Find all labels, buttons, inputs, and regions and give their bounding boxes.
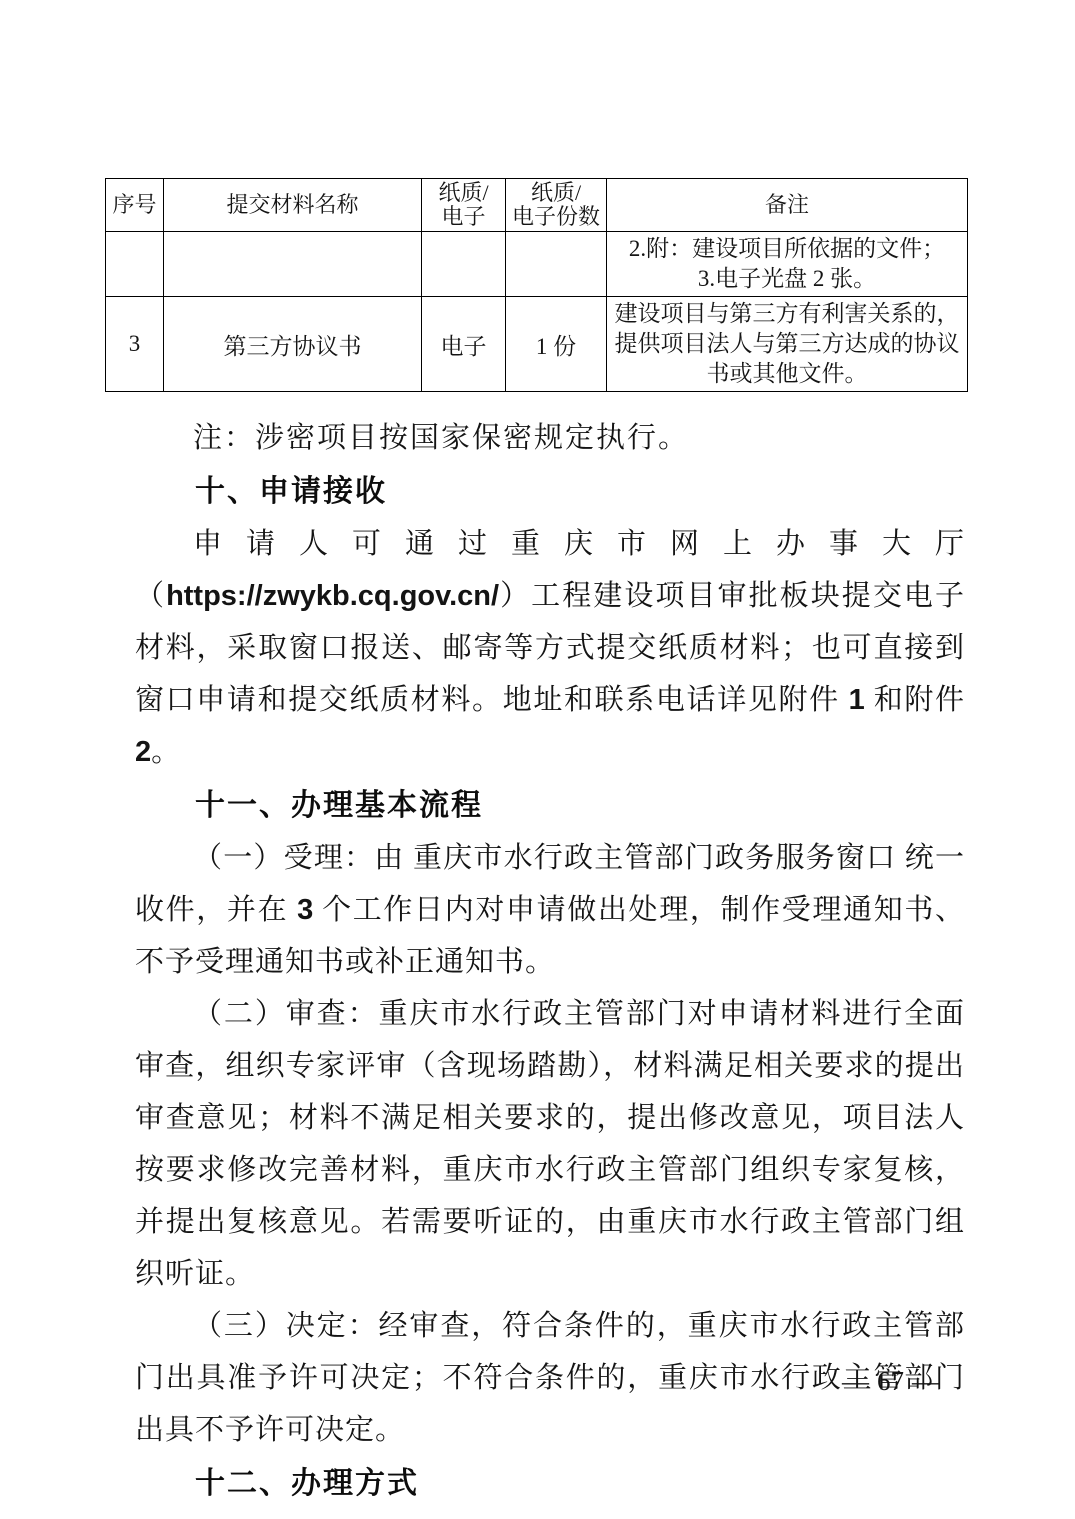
materials-table: 序号 提交材料名称 纸质/ 电子 纸质/ 电子份数 备注 [105, 178, 968, 392]
working-days-number: 3 [297, 894, 313, 926]
attachment-number: 1 [849, 684, 865, 716]
text-segment: 。 [151, 736, 181, 768]
header-copies-line2: 电子份数 [510, 205, 602, 229]
page-number-value: 67 [877, 1366, 904, 1396]
table-row: 3 第三方协议书 电子 1 份 建设项目与第三方有利害关系的，提供项目法人与第三… [106, 297, 968, 392]
document-page: 序号 提交材料名称 纸质/ 电子 纸质/ 电子份数 备注 [0, 0, 1075, 1519]
remark-line: 3.电子光盘 2 张。 [611, 264, 963, 294]
heading-section-11: 十一、办理基本流程 [135, 780, 965, 832]
cell-seq: 3 [106, 297, 164, 392]
document-body: 注：涉密项目按国家保密规定执行。 十、申请接收 申请人可通过重庆市网上办事大厅（… [135, 412, 965, 1510]
header-cell-material-name: 提交材料名称 [164, 179, 422, 232]
cell-copies [506, 232, 607, 297]
paragraph-application-receipt: 申请人可通过重庆市网上办事大厅（https://zwykb.cq.gov.cn/… [135, 518, 965, 778]
table-header-row: 序号 提交材料名称 纸质/ 电子 纸质/ 电子份数 备注 [106, 179, 968, 232]
portal-url: https://zwykb.cq.gov.cn/ [166, 580, 499, 612]
header-copies-line1: 纸质/ [510, 181, 602, 205]
cell-medium [422, 232, 506, 297]
page-number: —67— [834, 1366, 947, 1397]
text-segment: 和附件 [865, 684, 965, 716]
cell-seq [106, 232, 164, 297]
header-medium-line1: 纸质/ [426, 181, 501, 205]
header-cell-copies: 纸质/ 电子份数 [506, 179, 607, 232]
cell-material-name [164, 232, 422, 297]
page-number-dash-left: — [834, 1366, 877, 1396]
page-number-dash-right: — [904, 1366, 947, 1396]
note-line: 注：涉密项目按国家保密规定执行。 [135, 412, 965, 464]
paragraph-acceptance: （一）受理：由 重庆市水行政主管部门政务服务窗口 统一收件，并在 3 个工作日内… [135, 832, 965, 988]
cell-medium: 电子 [422, 297, 506, 392]
paragraph-review: （二）审查：重庆市水行政主管部门对申请材料进行全面审查，组织专家评审（含现场踏勘… [135, 988, 965, 1300]
attachment-number: 2 [135, 736, 151, 768]
header-cell-remark: 备注 [607, 179, 968, 232]
cell-remark: 2.附：建设项目所依据的文件； 3.电子光盘 2 张。 [607, 232, 968, 297]
cell-material-name: 第三方协议书 [164, 297, 422, 392]
cell-remark: 建设项目与第三方有利害关系的，提供项目法人与第三方达成的协议书或其他文件。 [607, 297, 968, 392]
header-cell-seq: 序号 [106, 179, 164, 232]
remark-line: 2.附：建设项目所依据的文件； [611, 234, 963, 264]
header-medium-line2: 电子 [426, 205, 501, 229]
heading-section-12: 十二、办理方式 [135, 1458, 965, 1510]
table-row: 2.附：建设项目所依据的文件； 3.电子光盘 2 张。 [106, 232, 968, 297]
header-cell-medium: 纸质/ 电子 [422, 179, 506, 232]
heading-section-10: 十、申请接收 [135, 466, 965, 518]
cell-copies: 1 份 [506, 297, 607, 392]
